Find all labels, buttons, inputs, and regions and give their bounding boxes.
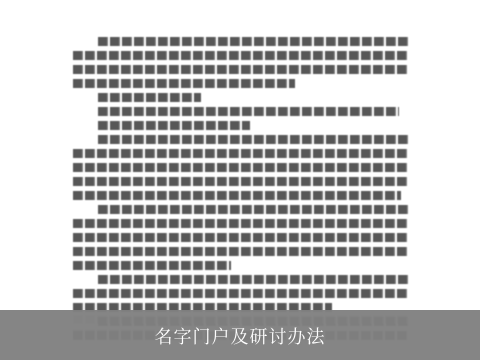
document-body-text xyxy=(73,34,409,342)
illegible-text-glyphs xyxy=(98,37,409,46)
text-line xyxy=(73,34,409,48)
text-line xyxy=(73,160,409,174)
illegible-text-glyphs xyxy=(98,121,250,130)
text-line xyxy=(73,286,409,300)
text-line xyxy=(73,104,409,118)
text-line xyxy=(73,48,409,62)
section-heading-line xyxy=(73,118,409,132)
illegible-text-glyphs xyxy=(98,205,409,214)
text-line xyxy=(73,244,409,258)
text-line xyxy=(73,76,409,90)
section-heading-line xyxy=(73,90,409,104)
illegible-text-glyphs xyxy=(73,149,409,158)
illegible-text-glyphs xyxy=(73,261,231,270)
illegible-text-glyphs xyxy=(73,51,409,60)
illegible-text-glyphs xyxy=(73,247,409,256)
caption-title: 名字门户及研讨办法 xyxy=(155,323,326,349)
illegible-text-glyphs xyxy=(73,65,409,74)
text-line xyxy=(73,202,409,216)
illegible-text-glyphs xyxy=(73,163,409,172)
text-line xyxy=(73,272,409,286)
illegible-text-glyphs xyxy=(73,219,409,228)
illegible-text-glyphs xyxy=(98,135,409,144)
text-line xyxy=(73,258,409,272)
text-line xyxy=(73,216,409,230)
caption-bar: 名字门户及研讨办法 xyxy=(0,310,480,360)
text-line xyxy=(73,174,409,188)
illegible-text-glyphs xyxy=(73,233,409,242)
illegible-text-glyphs xyxy=(98,107,399,116)
illegible-text-glyphs xyxy=(98,275,409,284)
document-page: 名字门户及研讨办法 xyxy=(0,0,480,360)
text-line xyxy=(73,132,409,146)
text-line xyxy=(73,62,409,76)
illegible-text-glyphs xyxy=(73,289,409,298)
illegible-text-glyphs xyxy=(73,79,295,88)
text-line xyxy=(73,230,409,244)
illegible-text-glyphs xyxy=(73,177,409,186)
text-line xyxy=(73,188,409,202)
text-line xyxy=(73,146,409,160)
illegible-text-glyphs xyxy=(73,191,401,200)
illegible-text-glyphs xyxy=(98,93,201,102)
